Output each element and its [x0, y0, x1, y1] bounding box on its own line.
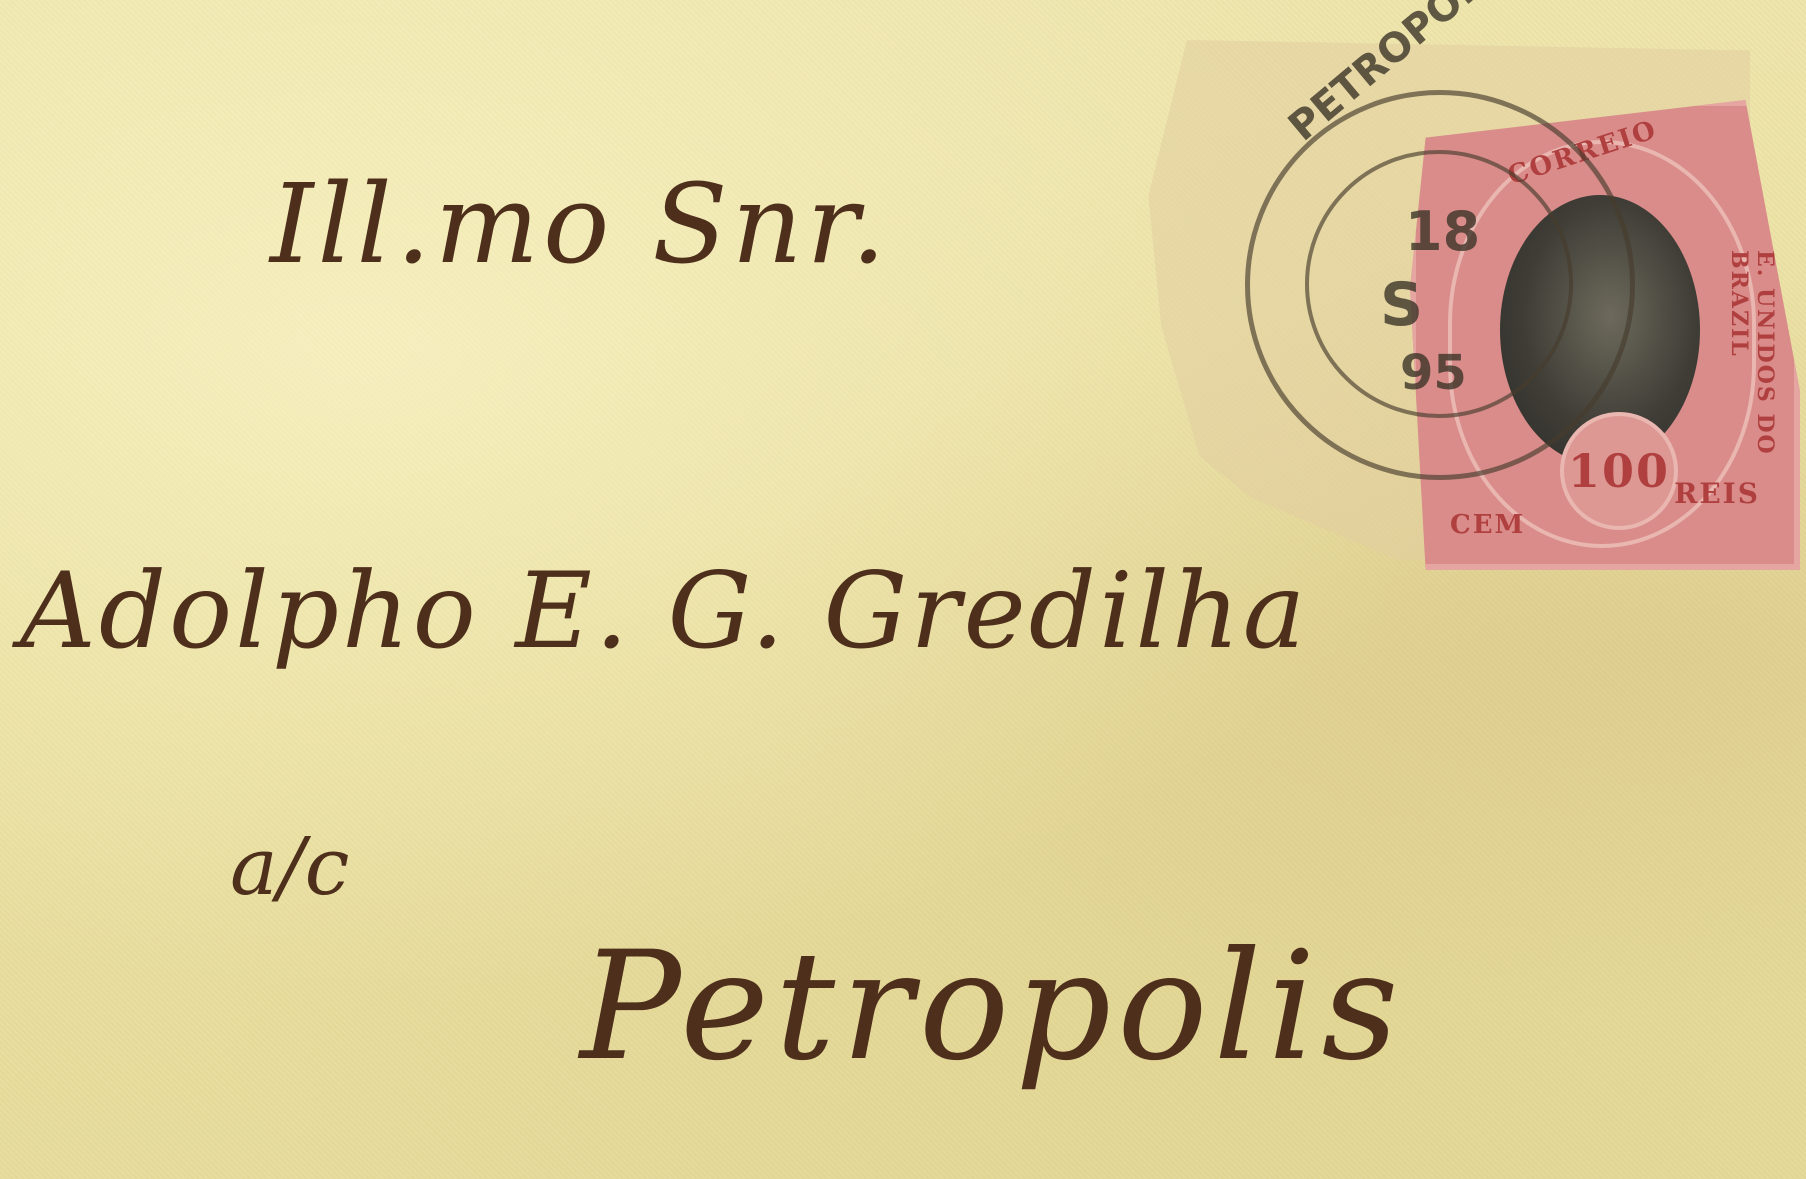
stamp-denomination-right: REIS: [1674, 477, 1760, 510]
care-of: a/c: [230, 820, 349, 913]
postmark: PETROPOLIS 18 S 95: [1245, 90, 1635, 480]
postmark-day: 18: [1405, 200, 1480, 263]
stamp-value: 100: [1560, 412, 1678, 530]
stamp-denomination-left: CEM: [1450, 510, 1525, 540]
envelope: CORREIO E. UNIDOS DO BRAZIL CEM 100 REIS…: [0, 0, 1806, 1179]
postmark-year: 95: [1400, 345, 1467, 401]
postmark-month: S: [1380, 270, 1423, 340]
stamp-country-side: E. UNIDOS DO BRAZIL: [1726, 250, 1778, 570]
salutation: Ill.mo Snr.: [270, 160, 890, 288]
addressee-name: Adolpho E. G. Gredilha: [20, 550, 1308, 672]
destination-city: Petropolis: [580, 920, 1405, 1094]
